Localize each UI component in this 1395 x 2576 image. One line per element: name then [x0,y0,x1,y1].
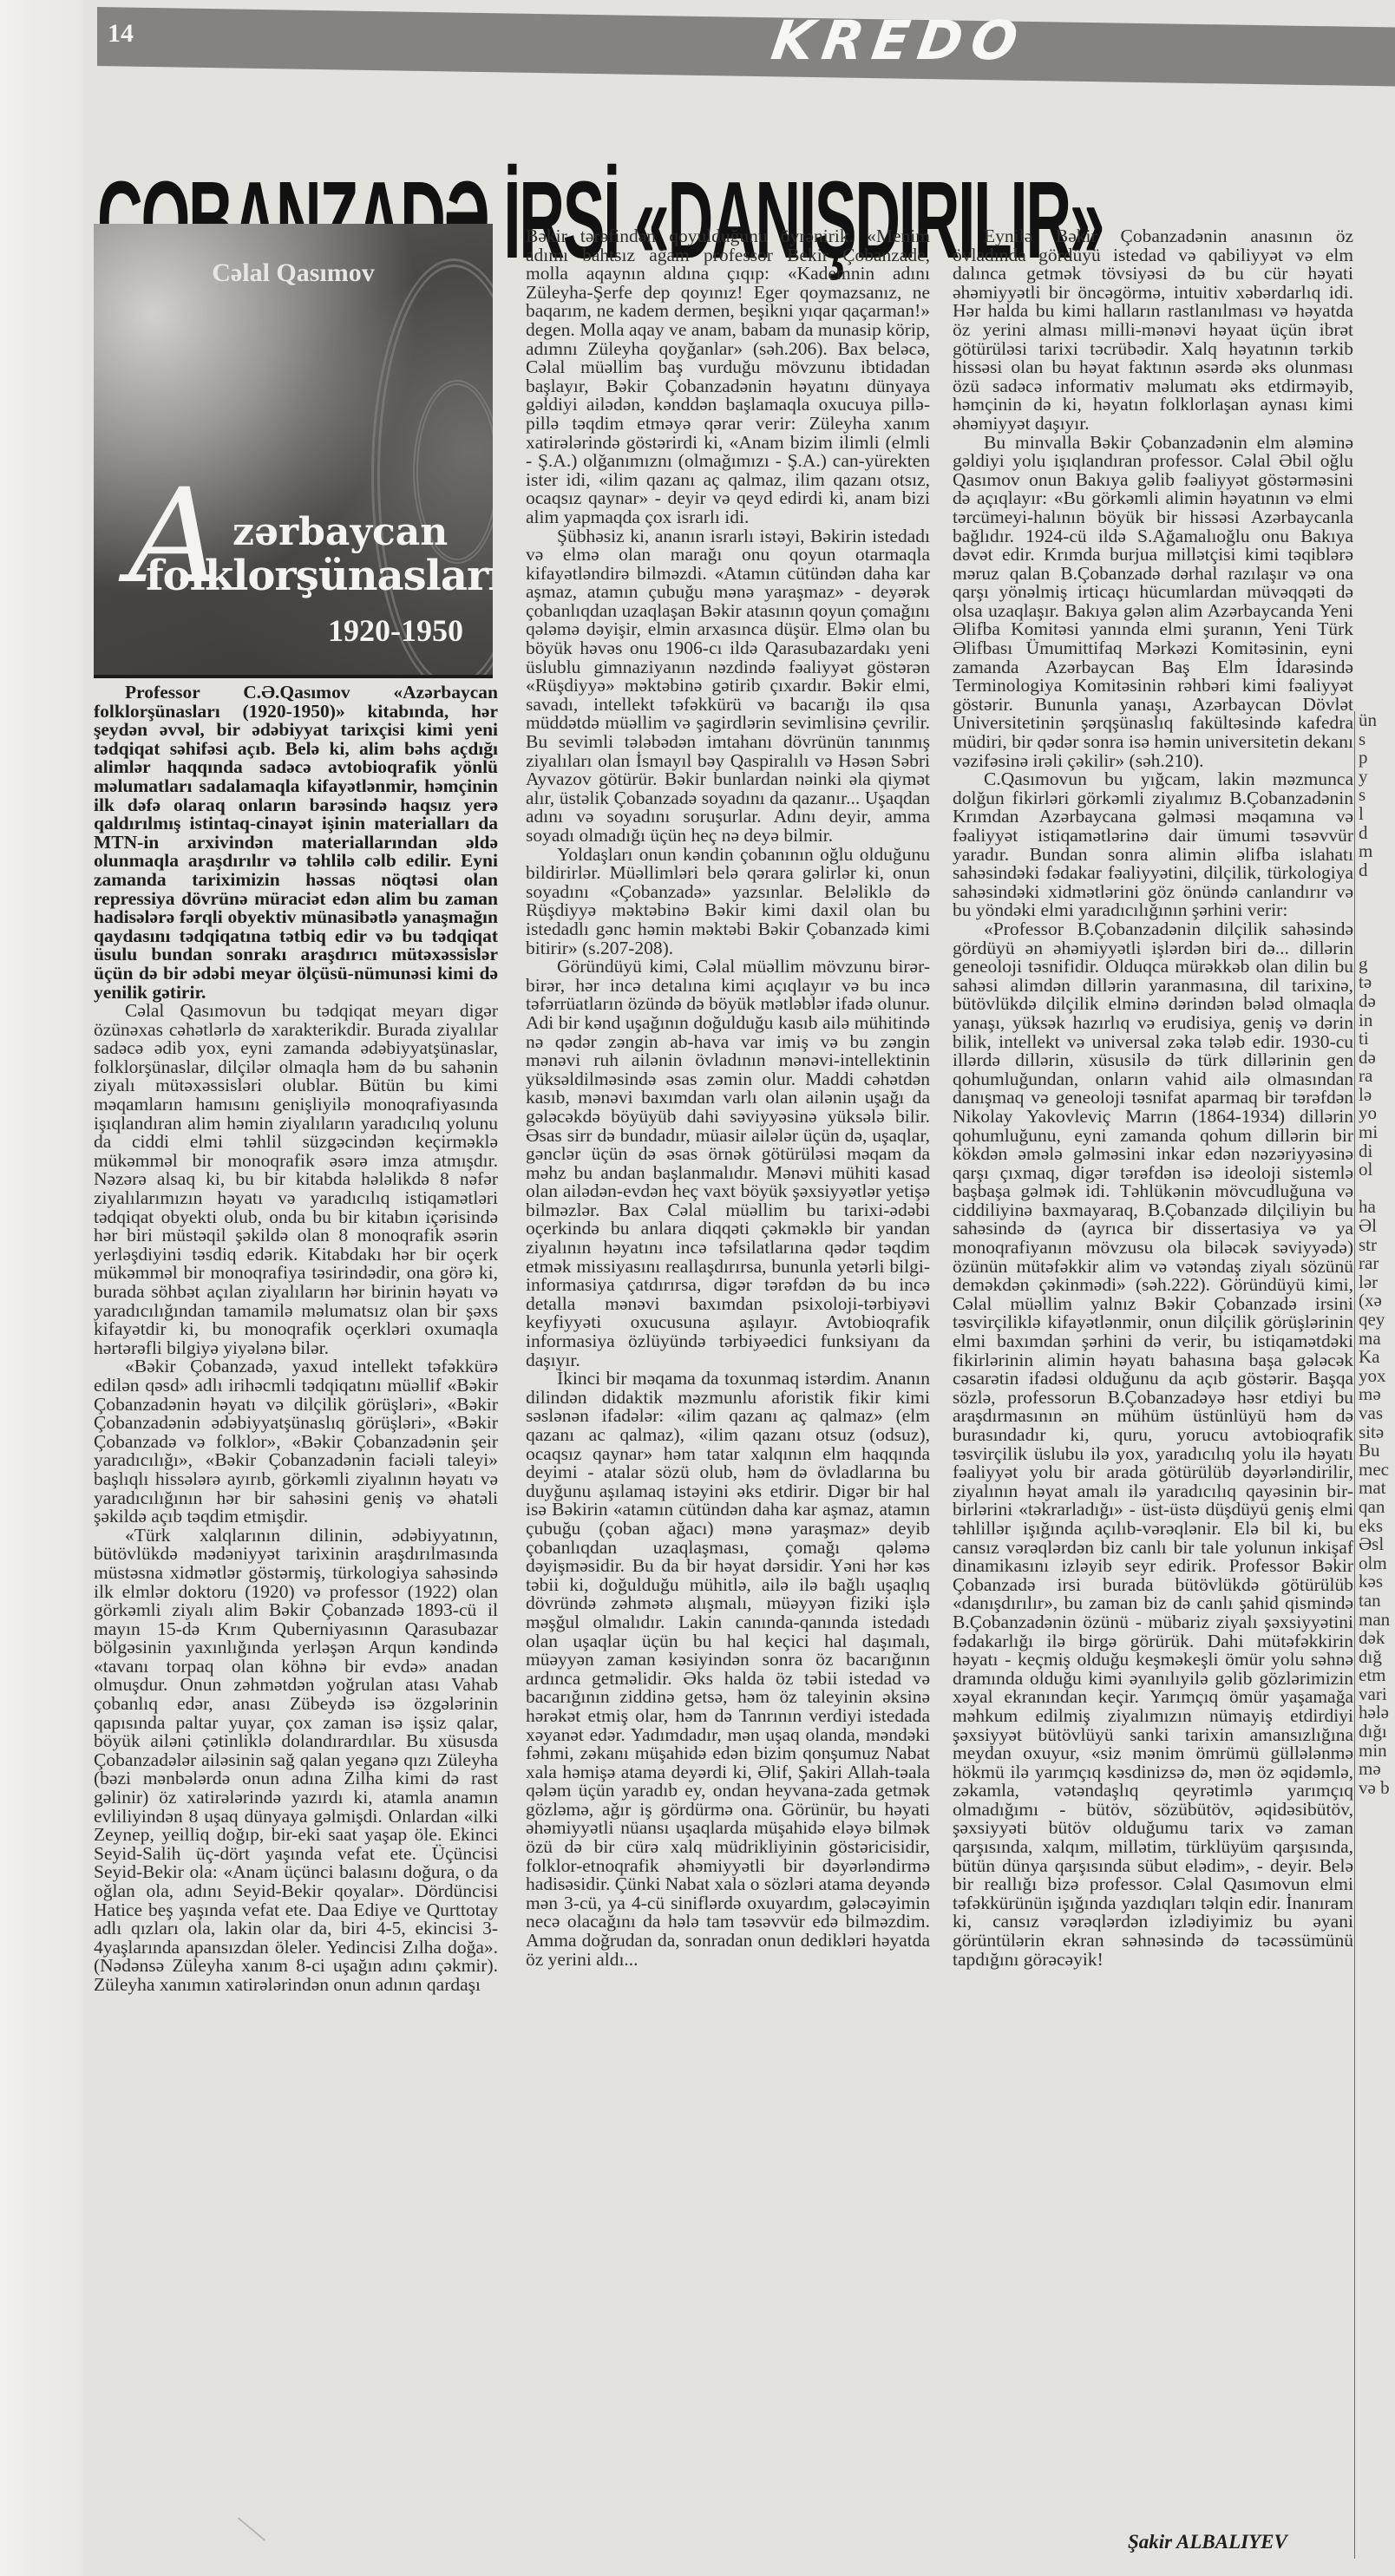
fragment-line: Bu [1359,1442,1395,1461]
fragment-line: min [1359,1742,1395,1761]
body-paragraph: Bəkir tərəfindən qoyulduğunu öyrənirik. … [526,227,930,527]
fragment-line: yo [1359,1104,1395,1123]
fragment-line: tan [1359,1592,1395,1611]
fragment-line: hələ [1359,1703,1395,1723]
fragment-line [1359,918,1395,937]
body-paragraph: Bu minvalla Bəkir Çobanzadənin elm aləmi… [953,434,1353,771]
page-number: 14 [108,19,134,49]
body-paragraph: «Professor B.Çobanzadənin dilçilik sahəs… [953,920,1353,1969]
book-cover-title-line1: zərbaycan [232,510,448,554]
fragment-line: olm [1359,1554,1395,1573]
fragment-line: lə [1359,1086,1395,1105]
fragment-line: yox [1359,1367,1395,1386]
fragment-line [1359,899,1395,918]
fragment-line: d [1359,861,1395,880]
section-name: KREDO [768,9,1031,72]
fragment-line: rar [1359,1254,1395,1273]
fragment-line [1359,879,1395,899]
fragment-line: dığı [1359,1723,1395,1742]
fragment-line: di [1359,1142,1395,1161]
fragment-line: qey [1359,1311,1395,1330]
fragment-line: də [1359,1049,1395,1068]
lead-paragraph: Professor C.Ə.Qasımov «Azərbaycan folklo… [94,683,498,1002]
fragment-line: ha [1359,1198,1395,1217]
fragment-line: man [1359,1611,1395,1630]
fragment-line: mə [1359,1760,1395,1779]
fragment-line: p [1359,749,1395,768]
fragment-line: y [1359,768,1395,787]
fragment-line: də [1359,992,1395,1011]
author-signature: Şakir ALBALIYEV [1128,2531,1287,2553]
fragment-line: ma [1359,1330,1395,1349]
body-paragraph: C.Qasımovun bu yığcam, lakin məzmunca do… [953,770,1353,920]
fragment-line: s [1359,730,1395,749]
fragment-line: (xə [1359,1291,1395,1311]
fragment-line: etm [1359,1666,1395,1685]
paper-crease [238,2517,265,2540]
fragment-line: vari [1359,1685,1395,1704]
fragment-line: ra [1359,1067,1395,1086]
fragment-line: d [1359,824,1395,843]
masthead-bar [97,7,1395,87]
fragment-line: ol [1359,1161,1395,1180]
fragment-line: l [1359,805,1395,824]
article-column-2: Bəkir tərəfindən qoyulduğunu öyrənirik. … [526,227,930,1969]
fragment-line: tə [1359,973,1395,992]
fragment-line: dığ [1359,1648,1395,1667]
body-paragraph: Cəlal Qasımovun bu tədqiqat meyarı digər… [94,1002,498,1357]
book-cover-author: Cəlal Qasımov [94,258,493,288]
book-cover-years: 1920-1950 [328,612,463,649]
fragment-line: dək [1359,1629,1395,1648]
body-paragraph: Göründüyü kimi, Cəlal müəllim mövzunu bi… [526,958,930,1370]
article-column-3: Eynilə Bəkir Çobanzadənin anasının öz öv… [953,227,1353,1969]
fragment-line: s [1359,786,1395,805]
body-paragraph: Eynilə Bəkir Çobanzadənin anasının öz öv… [953,227,1353,434]
fragment-line: qan [1359,1498,1395,1517]
adjacent-article-fragment: ünspysldmd gtədəintidəraləyomidiol haƏls… [1359,711,1395,2559]
fragment-line: Əl [1359,1217,1395,1236]
fragment-line: mat [1359,1479,1395,1498]
fragment-line: ti [1359,1030,1395,1049]
book-cover-image: Cəlal Qasımov A zərbaycan folklorşünasla… [94,224,493,678]
fragment-line: və b [1359,1779,1395,1798]
fragment-line: mə [1359,1385,1395,1404]
article-column-1: Professor C.Ə.Qasımov «Azərbaycan folklo… [94,683,498,1995]
fragment-line: Ka [1359,1348,1395,1367]
fragment-line [1359,936,1395,955]
book-cover-title-line2: folklorşünasları [146,552,493,600]
fragment-line: str [1359,1236,1395,1255]
fragment-line: in [1359,1011,1395,1030]
body-paragraph: Şübhəsiz ki, ananın israrlı istəyi, Bəki… [526,527,930,846]
fragment-line: vas [1359,1404,1395,1423]
fragment-line: mec [1359,1461,1395,1480]
body-paragraph: Yoldaşları onun kəndin çobanının oğlu ol… [526,846,930,958]
body-paragraph: İkinci bir məqama da toxunmaq istərdim. … [526,1370,930,1969]
column-divider [1354,711,1355,2559]
fragment-line: sitə [1359,1423,1395,1442]
fragment-line: g [1359,955,1395,974]
fragment-line: ün [1359,711,1395,730]
fragment-line: kəs [1359,1572,1395,1592]
body-paragraph: «Bəkir Çobanzadə, yaxud intellekt təfəkk… [94,1357,498,1526]
fragment-line: lər [1359,1273,1395,1292]
page-margin [0,0,83,2576]
fragment-line: m [1359,842,1395,861]
fragment-line: mi [1359,1123,1395,1142]
body-paragraph: «Türk xalqlarının dilinin, ədəbiyyatının… [94,1527,498,1995]
fragment-line [1359,1180,1395,1199]
fragment-line: Əsl [1359,1535,1395,1554]
fragment-line: eks [1359,1517,1395,1536]
